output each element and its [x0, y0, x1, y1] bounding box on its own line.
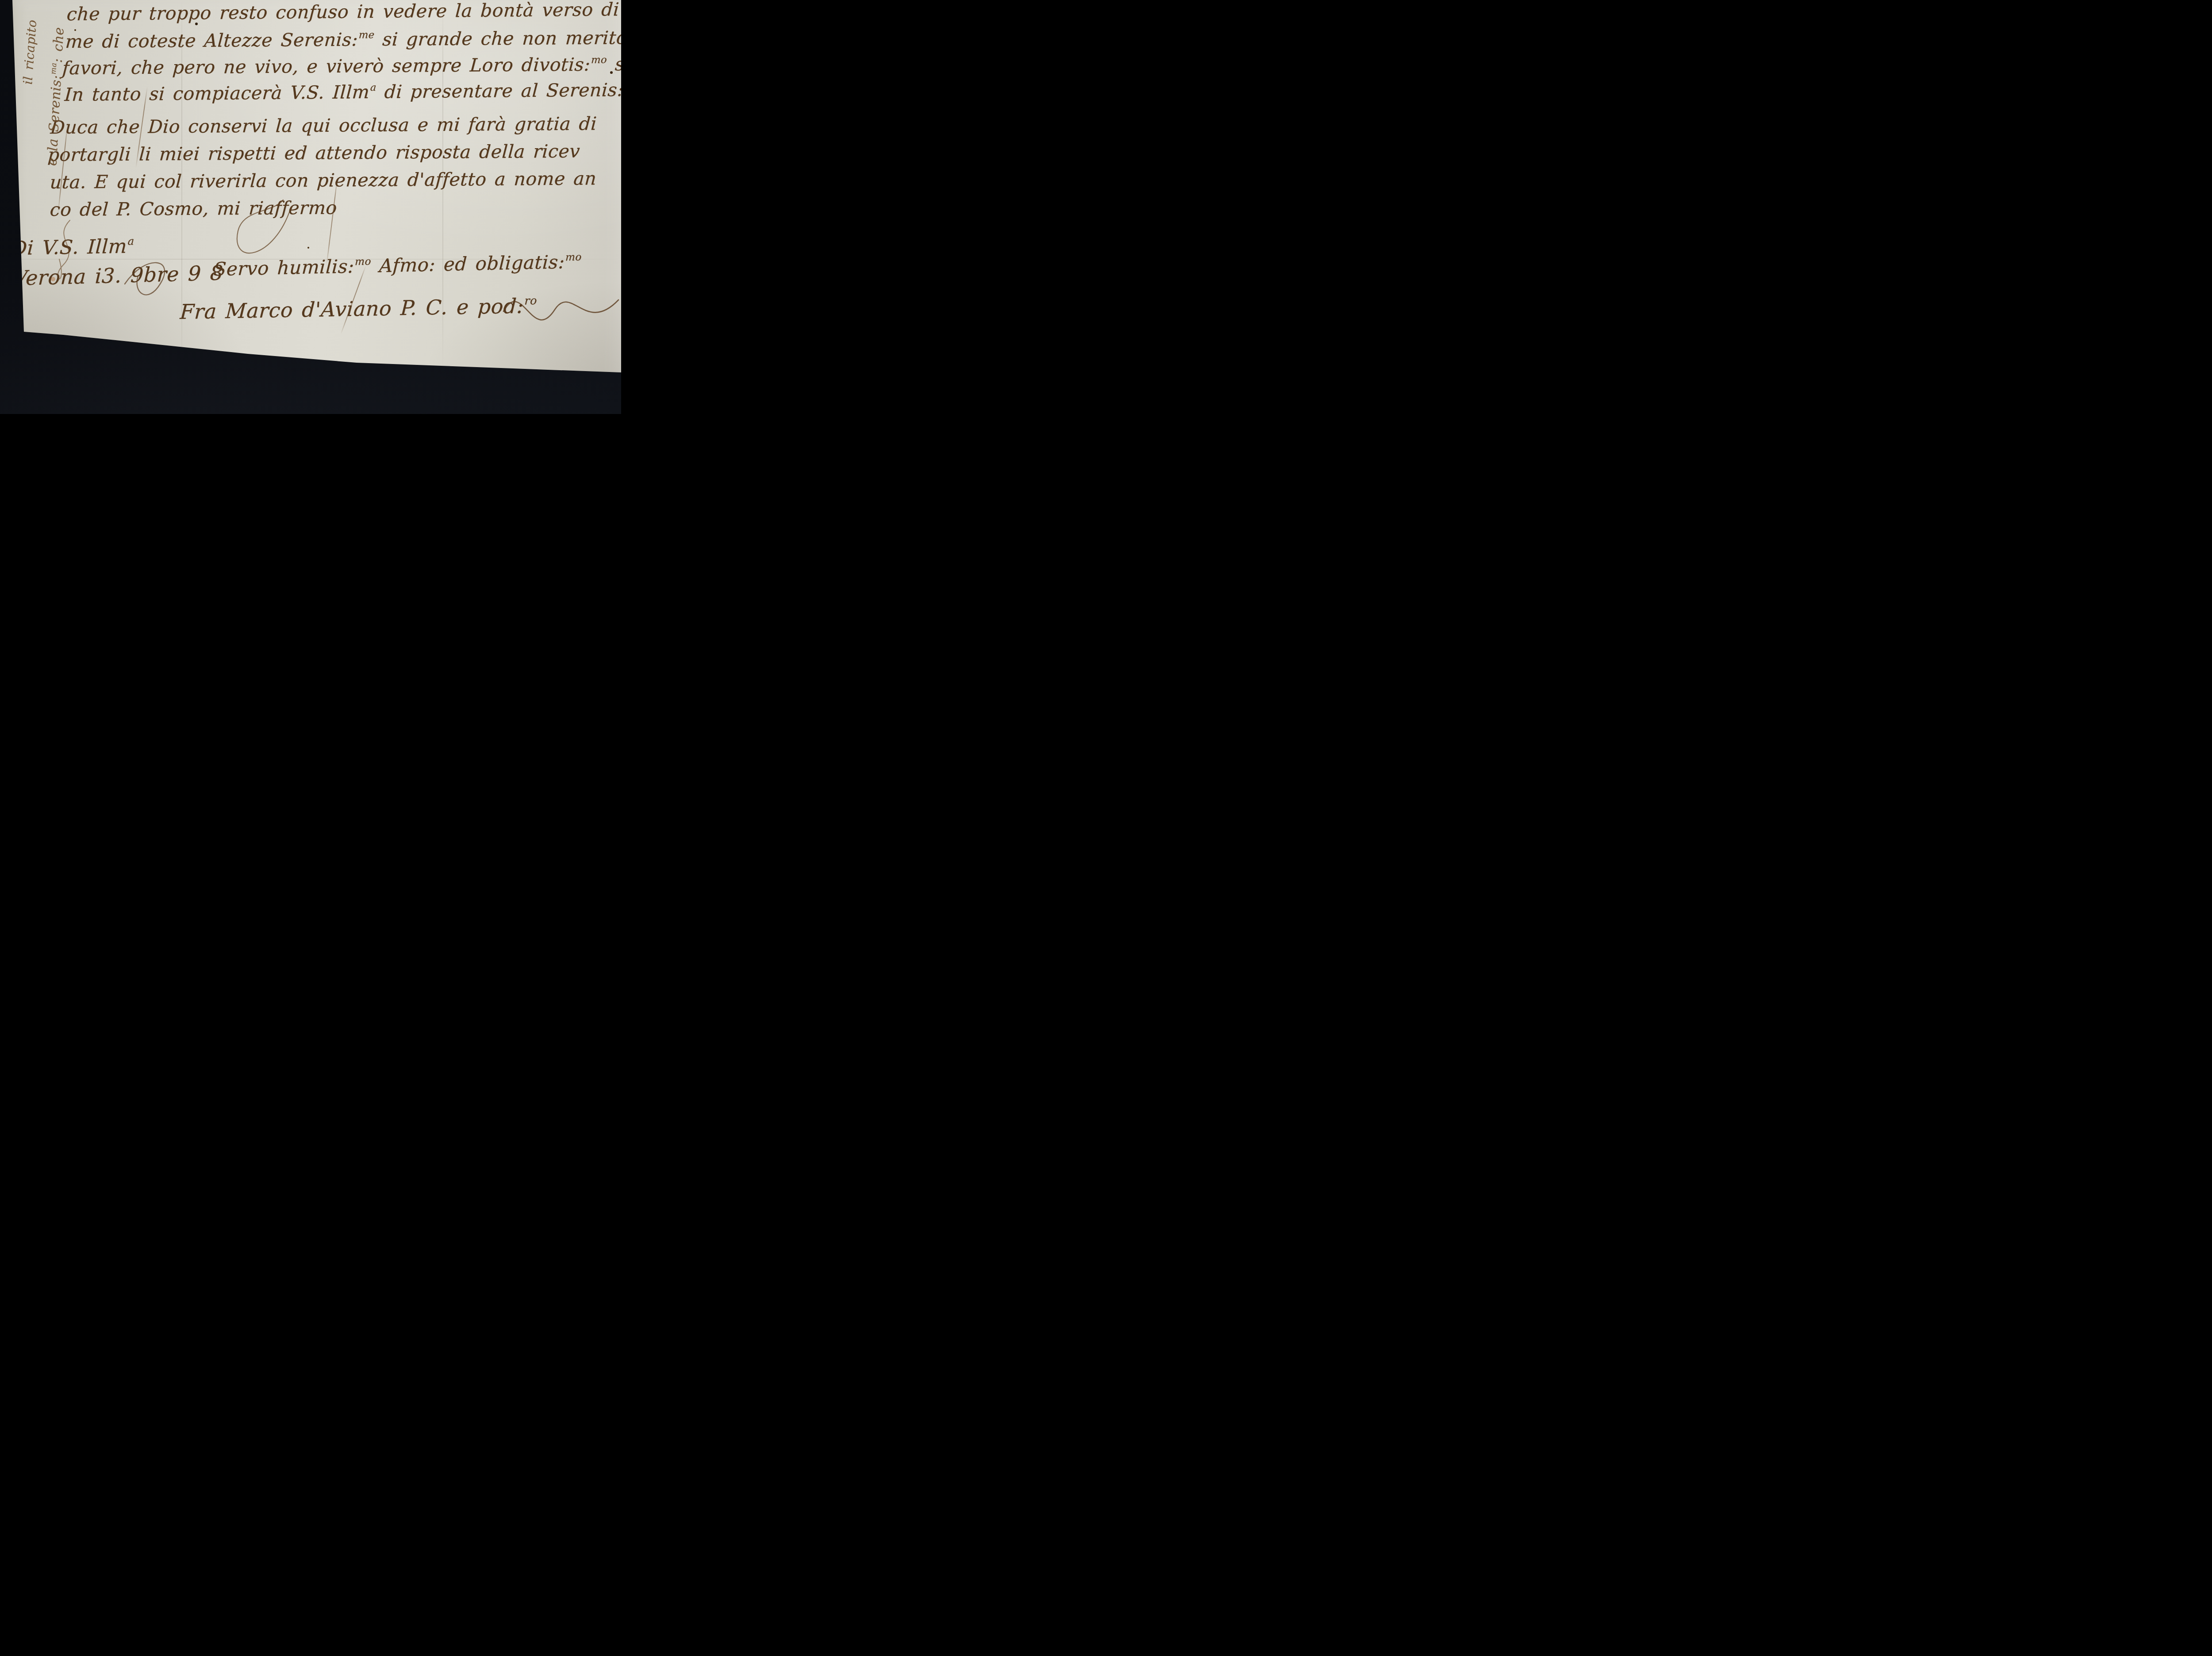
- superscript-abbreviation: ro: [524, 294, 538, 307]
- ink-blot: [51, 277, 55, 281]
- addressee-line: Di V.S. Illma: [11, 235, 134, 260]
- text-segment: favori, che pero ne vivo, e viverò sempr…: [61, 54, 591, 79]
- dateline: Verona i3. 9bre 9 8: [12, 261, 224, 290]
- manuscript-line: uta. E qui col riverirla con pienezza d'…: [49, 168, 597, 193]
- photograph: che pur troppo resto confuso in vedere l…: [0, 0, 621, 414]
- text-segment: che pur troppo resto confuso in vedere l…: [66, 0, 620, 25]
- text-segment: Afmo: ed obligatis:: [370, 251, 565, 276]
- ink-blot: [610, 71, 613, 74]
- ink-blot: [307, 247, 309, 249]
- manuscript-line: che pur troppo resto confuso in vedere l…: [66, 0, 620, 25]
- manuscript-line: favori, che pero ne vivo, e viverò sempr…: [61, 53, 621, 79]
- manuscript-line: In tanto si compiacerà V.S. Illma di pre…: [64, 79, 621, 105]
- superscript-abbreviation: ma: [49, 62, 58, 74]
- text-segment: Fra Marco d'Aviano P. C. e pod:: [179, 294, 524, 324]
- text-segment: Servo humilis:: [213, 255, 355, 280]
- manuscript-line: co del P. Cosmo, mi riaffermo: [49, 197, 338, 220]
- superscript-abbreviation: mo: [591, 54, 607, 65]
- signature-line: Fra Marco d'Aviano P. C. e pod:ro: [179, 294, 537, 324]
- valediction-line: Servo humilis:mo Afmo: ed obligatis:mo: [213, 251, 582, 280]
- text-segment: : che: [50, 27, 67, 63]
- text-segment: uta. E qui col riverirla con pienezza d'…: [49, 168, 597, 193]
- superscript-abbreviation: mo: [565, 251, 582, 263]
- text-segment: di presentare al Serenis:: [376, 79, 621, 103]
- text-segment: In tanto si compiacerà V.S. Illm: [64, 81, 370, 105]
- marginal-note: il ricapito: [20, 19, 39, 85]
- text-segment: si grande che non merito tali: [373, 27, 621, 50]
- manuscript-line: portargli li miei rispetti ed attendo ri…: [47, 141, 580, 165]
- paper-sheet: che pur troppo resto confuso in vedere l…: [0, 0, 621, 414]
- superscript-abbreviation: me: [358, 29, 375, 41]
- text-segment: me di coteste Altezze Serenis:: [65, 29, 358, 52]
- text-segment: co del P. Cosmo, mi riaffermo: [49, 197, 338, 220]
- manuscript-line: me di coteste Altezze Serenis:me si gran…: [65, 27, 621, 53]
- text-segment: il ricapito: [20, 19, 39, 85]
- text-segment: Di V.S. Illm: [11, 235, 127, 260]
- superscript-abbreviation: mo: [354, 256, 371, 268]
- ink-blot: [195, 23, 198, 25]
- text-segment: Verona i3. 9bre 9 8: [12, 261, 224, 290]
- text-segment: portargli li miei rispetti ed attendo ri…: [47, 141, 580, 165]
- ink-blot: [74, 29, 76, 31]
- text-segment: servo.: [606, 53, 621, 75]
- superscript-abbreviation: a: [127, 235, 134, 247]
- text-segment: Duca che Dio conservi la qui occlusa e m…: [50, 113, 597, 138]
- manuscript-line: Duca che Dio conservi la qui occlusa e m…: [50, 113, 597, 138]
